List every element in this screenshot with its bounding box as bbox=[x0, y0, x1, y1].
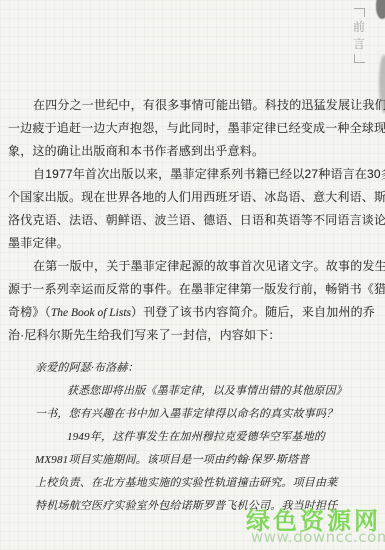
text-line: 在第一版中，关于墨菲定律起源的故事首次见诸文字。故事的发生 bbox=[8, 255, 368, 278]
letter-line: 上校负责、在北方基地实施的实验性轨道撞击研究。项目由莱 bbox=[35, 472, 345, 495]
text-line: 治·尼科尔斯先生给我们写来了一封信，内容如下： bbox=[8, 324, 368, 347]
text-span: 奇榜》（ bbox=[8, 305, 51, 319]
letter-greeting: 亲爱的阿瑟·布洛赫： bbox=[35, 357, 345, 380]
text-line: 奇榜》（The Book of Lists）刊登了该书内容简介。随后，来自加州的… bbox=[8, 301, 368, 324]
text-line: 在四分之一世纪中，有很多事情可能出错。科技的迅猛发展让我们 bbox=[8, 94, 368, 117]
letter-line: 一书，您有兴趣在书中加入墨菲定律得以命名的真实故事吗？ bbox=[35, 403, 345, 426]
english-book-title: The Book of Lists bbox=[51, 307, 131, 319]
letter-line: 获悉您即将出版《墨菲定律，以及事情出错的其他原因》 bbox=[35, 380, 345, 403]
text-line: 自1977年首次出版以来，墨菲定律系列书籍已经以27种语言在30多 bbox=[8, 163, 368, 186]
letter-line: MX981项目实施期间。该项目是一项由约翰·保罗·斯塔普 bbox=[35, 449, 345, 472]
corner-bracket-top-icon bbox=[354, 8, 365, 17]
scanned-book-page: 前 言 在四分之一世纪中，有很多事情可能出错。科技的迅猛发展让我们 一边疲于追赶… bbox=[0, 0, 385, 550]
text-line: 一边疲于追赶一边大声抱怨，与此同时，墨菲定律已经变成一种全球现 bbox=[8, 117, 368, 140]
text-line: 源于一系列幸运而反常的事件。在墨菲定律第一版发行前，畅销书《猎 bbox=[8, 278, 368, 301]
text-span: ）刊登了该书内容简介。随后，来自加州的乔 bbox=[131, 305, 375, 319]
corner-bracket-bottom-icon bbox=[354, 54, 365, 63]
letter-line: 1949年，这件事发生在加州穆拉克爱德华空军基地的 bbox=[35, 426, 345, 449]
preface-label-char: 前 bbox=[350, 20, 368, 34]
text-line: 墨菲定律。 bbox=[8, 232, 368, 255]
preface-label-char: 言 bbox=[350, 37, 368, 51]
text-line: 个国家出版。现在世界各地的人们用西班牙语、冰岛语、意大利语、斯 bbox=[8, 186, 368, 209]
scan-smudge-top bbox=[376, 0, 385, 19]
watermark-site-url: www.downcc.com bbox=[251, 528, 385, 546]
text-line: 象，这的确让出版商和本书作者感到出乎意料。 bbox=[8, 140, 368, 163]
letter-line: 特机场航空医疗实验室外包给诺斯罗普飞机公司。我当时担任 bbox=[35, 495, 345, 518]
main-text-block: 在四分之一世纪中，有很多事情可能出错。科技的迅猛发展让我们 一边疲于追赶一边大声… bbox=[8, 94, 368, 347]
text-line: 洛伐克语、法语、朝鲜语、波兰语、德语、日语和英语等不同语言谈论 bbox=[8, 209, 368, 232]
letter-block: 亲爱的阿瑟·布洛赫： 获悉您即将出版《墨菲定律，以及事情出错的其他原因》 一书，… bbox=[35, 357, 345, 518]
preface-margin-label: 前 言 bbox=[350, 8, 368, 63]
